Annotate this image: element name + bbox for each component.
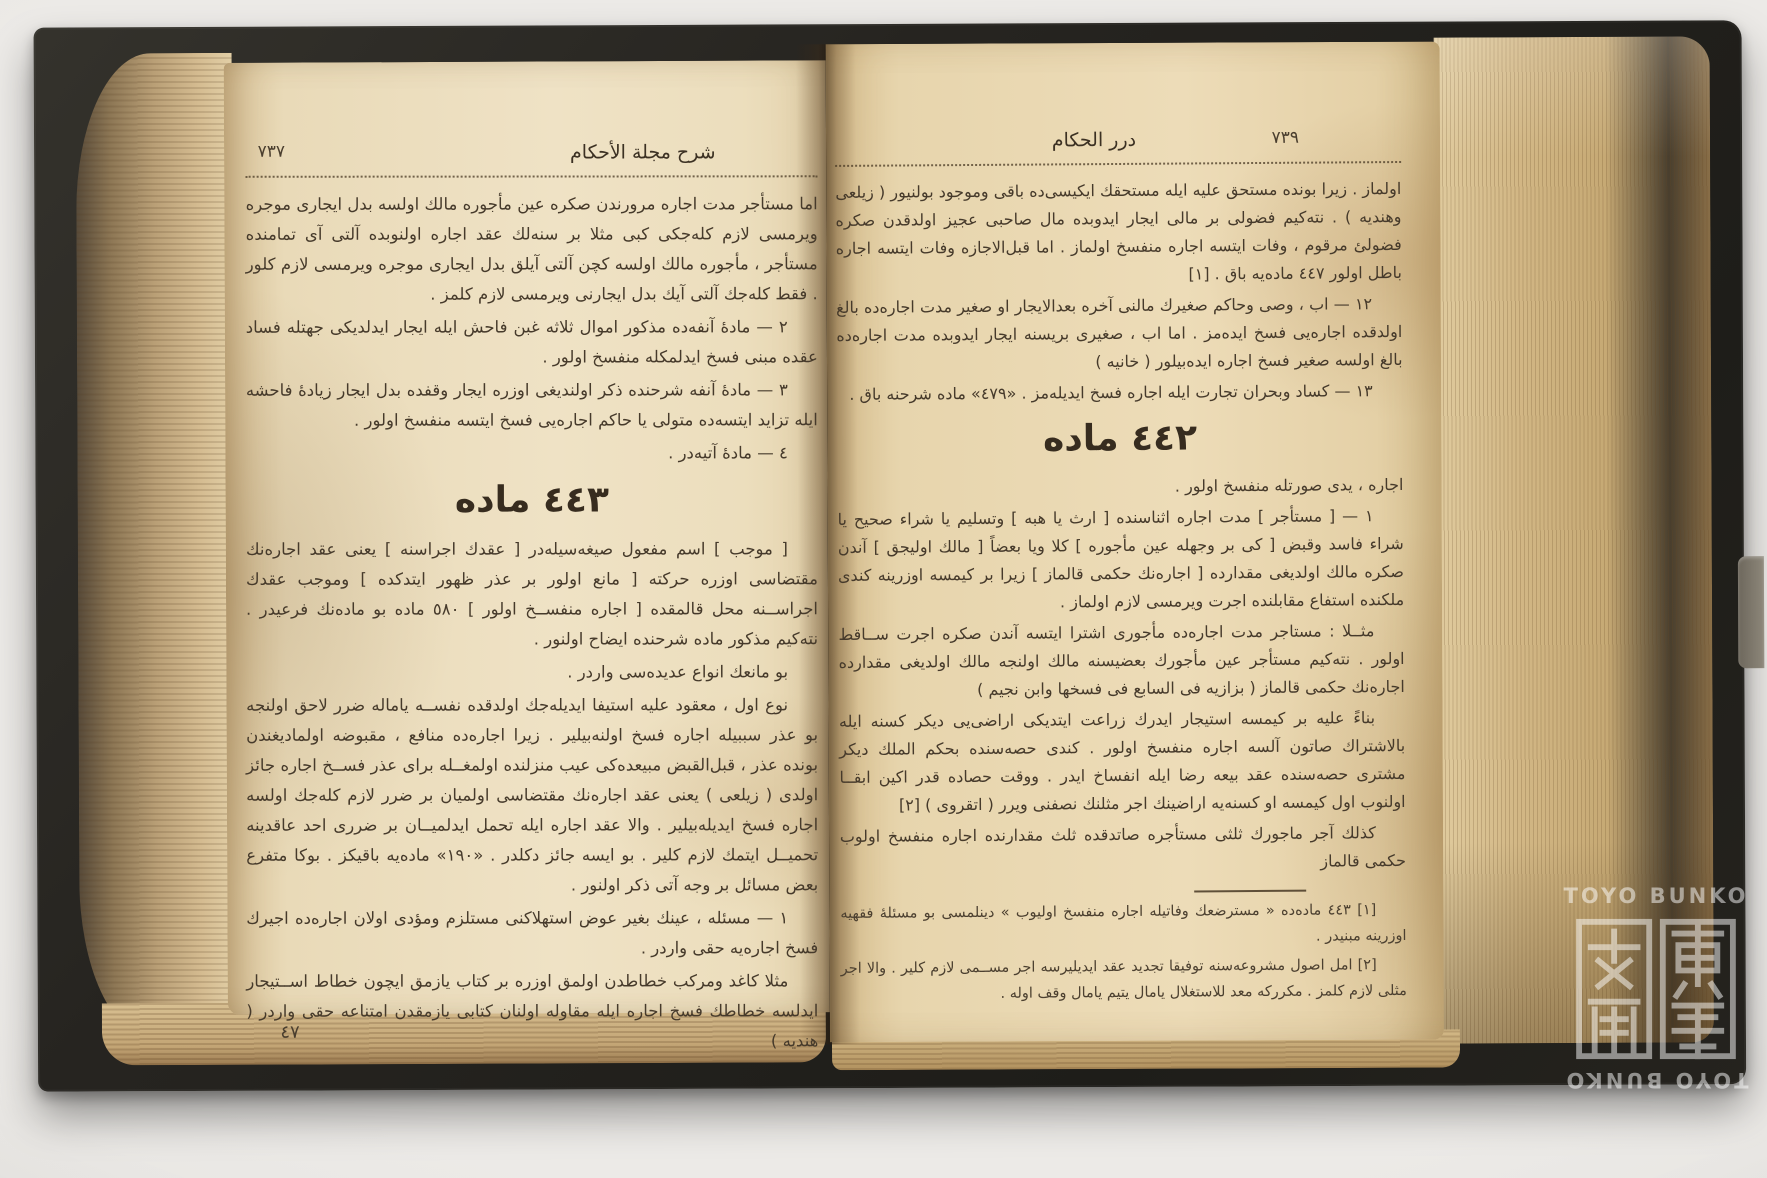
paragraph: نوع اول ، معقود عليه استيفا ايديله‌جك او… — [246, 690, 818, 900]
left-page-number: ٧٣٧ — [258, 142, 285, 162]
right-fore-edge — [1434, 36, 1714, 1043]
right-page-text: ٧٣٩ درر الحكام اولماز . زيرا بونده مستحق… — [835, 99, 1407, 1011]
right-article-heading: ٤٤٢ ماده — [837, 411, 1403, 467]
paragraph: بو مانعك انواع عديده‌سى واردر . — [246, 657, 818, 687]
paragraph: اما مستأجر مدت اجاره مرورندن صكره عين مأ… — [246, 189, 818, 309]
open-book: ٧٣٧ شرح مجلة الأحكام اما مستأجر مدت اجار… — [0, 0, 1767, 1178]
footnote-rule — [1194, 890, 1306, 893]
footnote: [١] ٤٤٣ ماده‌ده « مسترضعك وفاتيله اجاره … — [840, 897, 1406, 953]
right-page-number: ٧٣٩ — [1271, 128, 1299, 148]
paragraph: مثلا كاغد ومركب خطاطدن اولمق اوزره بر كت… — [246, 966, 818, 1056]
right-header-title: درر الحكام — [835, 127, 1401, 153]
left-signature-mark: ٤٧ — [280, 1022, 299, 1043]
paragraph: كذلك آجر ماجورك ثلثى مستأجره صاتدقده ثلث… — [840, 819, 1406, 879]
left-header-rule — [246, 175, 818, 177]
paragraph: ٢ — مادهٔ آنفه‌ده مذكور اموال ثلاثه غبن … — [246, 312, 818, 372]
left-page-header: ٧٣٧ شرح مجلة الأحكام — [246, 113, 818, 167]
paragraph: اولماز . زيرا بونده مستحق عليه ايله مستح… — [835, 175, 1402, 291]
paragraph: ١٢ — اب ، وصى وحاكم صغيرك مالنى آخره بعد… — [836, 290, 1403, 378]
book-photo: ٧٣٧ شرح مجلة الأحكام اما مستأجر مدت اجار… — [0, 0, 1767, 1178]
right-page-header: ٧٣٩ درر الحكام — [835, 99, 1401, 157]
left-page-stack-edge — [76, 53, 236, 1038]
paragraph: اجاره ، يدى صورتله منفسخ اولور . — [837, 471, 1403, 503]
right-header-rule — [835, 161, 1401, 167]
paragraph: ٤ — مادهٔ آتيه‌در . — [246, 438, 818, 468]
paragraph: ٣ — مادهٔ آنفه شرحنده ذكر اولنديغى اوزره… — [246, 375, 818, 435]
paragraph: ١٣ — كساد وبحران تجارت ايله اجاره فسخ اي… — [837, 377, 1403, 409]
paragraph: ١ — مسئله ، عينك بغير عوض استهلاكنى مستل… — [246, 903, 818, 963]
book-clasp — [1738, 556, 1764, 668]
left-article-heading: ٤٤٣ ماده — [246, 474, 818, 526]
paragraph: ١ — [ مستأجر ] مدت اجاره اثناسنده [ ارث … — [838, 502, 1405, 618]
footnote: [٢] امل اصول مشروعه‌سنه توفيقا تجديد عقد… — [841, 952, 1407, 1008]
paragraph: مثــلا : مستاجر مدت اجاره‌ده مأجورى اشتر… — [838, 617, 1405, 705]
paragraph: بناءً عليه بر كيمسه استيجار ايدرك زراعت … — [839, 704, 1406, 820]
left-header-title: شرح مجلة الأحكام — [246, 141, 818, 163]
paragraph: [ موجب ] اسم مفعول صيغه‌سيله‌در [ عقدك ا… — [246, 534, 818, 654]
left-page-text: ٧٣٧ شرح مجلة الأحكام اما مستأجر مدت اجار… — [246, 113, 819, 1059]
